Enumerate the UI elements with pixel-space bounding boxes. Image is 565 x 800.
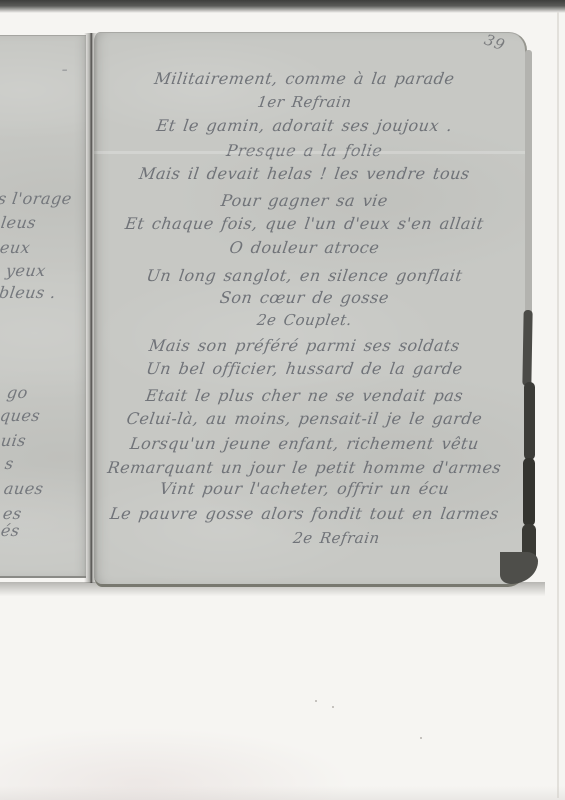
- lyric-line: Remarquant un jour le petit homme d'arme…: [99, 458, 511, 477]
- lyric-line: Mais son préféré parmi ses soldats: [99, 336, 511, 355]
- dust-speck: [332, 706, 334, 708]
- section-heading: 2e Couplet.: [99, 311, 511, 329]
- lyric-line: Son cœur de gosse: [99, 288, 511, 307]
- fore-edge-wear: [522, 310, 532, 386]
- scanner-background: [0, 690, 565, 800]
- lyric-line: Militairement, comme à la parade: [99, 69, 511, 88]
- left-page-fragment: go: [6, 383, 30, 402]
- lyric-line: Le pauvre gosse alors fondit tout en lar…: [99, 504, 511, 523]
- left-page-fragment: bleus .: [0, 283, 57, 302]
- fore-edge-wear: [524, 382, 535, 460]
- scanner-top-edge: [0, 0, 565, 13]
- lyric-line: Un long sanglot, en silence gonflait: [99, 266, 511, 285]
- left-page-fragment: leus: [0, 213, 37, 232]
- dust-speck: [315, 700, 317, 702]
- left-page-fragment: ques: [0, 406, 41, 425]
- fore-edge-wear: [523, 458, 535, 526]
- left-page-fragment: eux: [0, 238, 31, 257]
- section-heading: 2e Refrain: [163, 529, 511, 547]
- lyric-line: Pour gagner sa vie: [99, 191, 511, 210]
- page-block-edge: [525, 50, 532, 315]
- right-page: 39 Militairement, comme à la parade 1er …: [94, 32, 527, 587]
- left-page-fragment: –: [61, 63, 69, 76]
- page-number: 39: [482, 32, 516, 58]
- lyric-line: Et le gamin, adorait ses joujoux .: [99, 116, 511, 135]
- dust-speck: [420, 737, 422, 739]
- binding-gutter: [84, 33, 98, 583]
- lyric-line: Lorsqu'un jeune enfant, richement vêtu: [99, 434, 511, 453]
- left-page-fragment: és: [0, 521, 21, 540]
- left-page-fragment: s l'orage: [0, 189, 73, 208]
- left-page-fragment: s: [4, 454, 15, 473]
- fore-edge-wear: [500, 552, 538, 584]
- lyric-line: O douleur atroce: [99, 238, 511, 257]
- left-page: – s l'orage leus eux yeux bleus . go que…: [0, 35, 86, 578]
- scanner-edge-line: [557, 12, 559, 798]
- lyric-line: Et chaque fois, que l'un d'eux s'en alla…: [99, 214, 511, 233]
- lyric-line: Celui-là, au moins, pensait-il je le gar…: [99, 409, 511, 428]
- lyric-line: Etait le plus cher ne se vendait pas: [99, 386, 511, 405]
- scanned-notebook: – s l'orage leus eux yeux bleus . go que…: [0, 0, 565, 800]
- lyric-line: Mais il devait helas ! les vendre tous: [99, 164, 511, 183]
- left-page-fragment: yeux: [5, 261, 48, 280]
- section-heading: 1er Refrain: [99, 93, 511, 111]
- left-page-fragment: aues: [3, 479, 45, 498]
- lyric-line: Un bel officier, hussard de la garde: [99, 359, 511, 378]
- lyric-line: Vint pour l'acheter, offrir un écu: [99, 479, 511, 498]
- left-page-fragment: uis: [0, 431, 27, 450]
- scan-streak: [94, 151, 525, 154]
